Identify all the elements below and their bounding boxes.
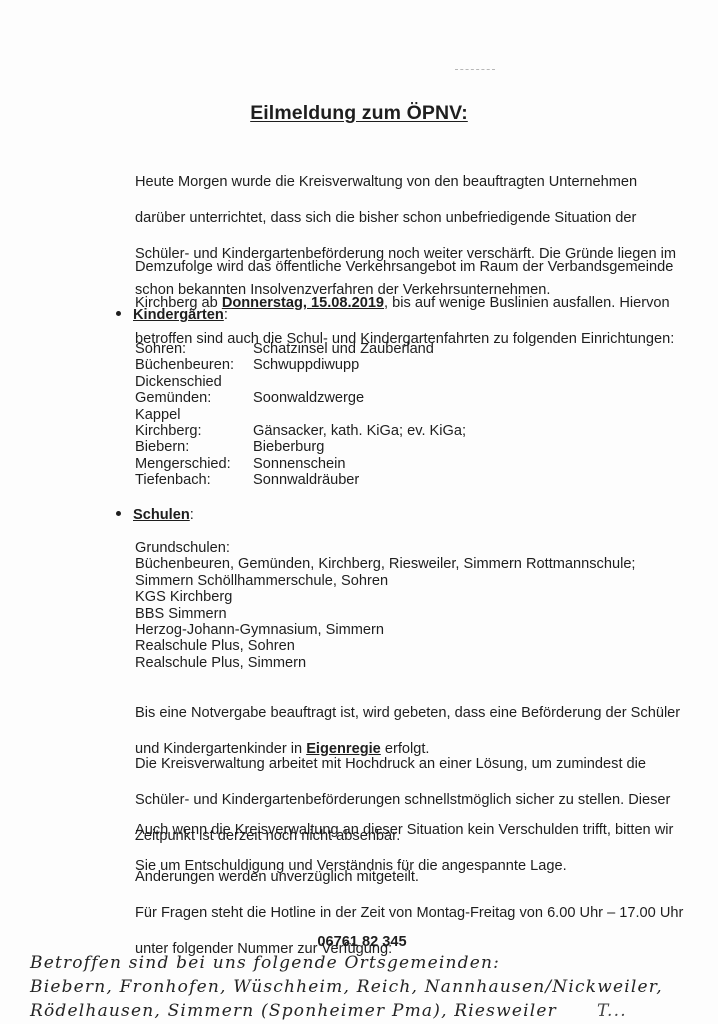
kindergarten-row: Büchenbeuren:Schwuppdiwupp — [135, 357, 466, 373]
handwritten-note: Betroffen sind bei uns folgende Ortsgeme… — [30, 951, 718, 1023]
kindergarten-place: Biebern: — [135, 439, 253, 455]
scanned-document: Eilmeldung zum ÖPNV: Heute Morgen wurde … — [0, 0, 718, 1024]
handwritten-line: Betroffen sind bei uns folgende Ortsgeme… — [30, 951, 718, 975]
school-line: Herzog-Johann-Gymnasium, Simmern — [135, 622, 636, 638]
kindergarten-place: Dickenschied — [135, 374, 253, 390]
start-date: Donnerstag, 15.08.2019 — [222, 295, 384, 311]
kindergarten-row: Biebern:Bieberburg — [135, 439, 466, 455]
kindergarten-name: Gänsacker, kath. KiGa; ev. KiGa; — [253, 423, 466, 439]
eigenregie-line: Bis eine Notvergabe beauftragt ist, wird… — [135, 704, 695, 722]
bullet-icon — [116, 311, 121, 316]
kindergarten-place: Kappel — [135, 407, 253, 423]
intro-line: Heute Morgen wurde die Kreisverwaltung v… — [135, 173, 695, 191]
kindergaerten-heading: Kindergärten: — [116, 306, 228, 324]
kindergarten-place: Tiefenbach: — [135, 472, 253, 488]
kindergarten-row: Dickenschied — [135, 374, 466, 390]
school-line: BBS Simmern — [135, 606, 636, 622]
kindergarten-row: Sohren:Schatzinsel und Zauberland — [135, 341, 466, 357]
handwritten-line: Rödelhausen, Simmern (Sponheimer Pma), R… — [30, 999, 718, 1023]
school-line: Realschule Plus, Sohren — [135, 638, 636, 654]
kindergaerten-label: Kindergärten — [133, 307, 224, 323]
loesung-line: Die Kreisverwaltung arbeitet mit Hochdru… — [135, 755, 695, 773]
kindergarten-row: Kirchberg:Gänsacker, kath. KiGa; ev. KiG… — [135, 423, 466, 439]
schulen-heading: Schulen: — [116, 506, 194, 524]
school-line: Simmern Schöllhammerschule, Sohren — [135, 573, 636, 589]
kindergarten-place: Sohren: — [135, 341, 253, 357]
handwritten-trail: T... — [597, 1001, 627, 1021]
handwritten-line: Biebern, Fronhofen, Wüschheim, Reich, Na… — [30, 975, 718, 999]
consequence-suffix: , bis auf wenige Buslinien ausfallen. Hi… — [384, 295, 670, 311]
document-title: Eilmeldung zum ÖPNV: — [0, 102, 718, 125]
schulen-list: Grundschulen:Büchenbeuren, Gemünden, Kir… — [135, 540, 636, 671]
colon: : — [190, 507, 194, 523]
kindergarten-name: Sonnenschein — [253, 456, 346, 472]
kindergarten-row: Gemünden:Soonwaldzwerge — [135, 390, 466, 406]
kindergaerten-list: Sohren:Schatzinsel und ZauberlandBüchenb… — [135, 341, 466, 489]
handwritten-text: Rödelhausen, Simmern (Sponheimer Pma), R… — [30, 1001, 557, 1021]
hotline-line: Für Fragen steht die Hotline in der Zeit… — [135, 904, 695, 922]
kindergarten-place: Kirchberg: — [135, 423, 253, 439]
kindergarten-place: Gemünden: — [135, 390, 253, 406]
kindergarten-place: Mengerschied: — [135, 456, 253, 472]
kindergarten-row: Kappel — [135, 407, 466, 423]
school-line: KGS Kirchberg — [135, 589, 636, 605]
school-line: Realschule Plus, Simmern — [135, 655, 636, 671]
scan-artifact — [455, 69, 495, 72]
kindergarten-row: Tiefenbach:Sonnwaldräuber — [135, 472, 466, 488]
aenderungen-line: Änderungen werden unverzüglich mitgeteil… — [135, 868, 695, 886]
kindergarten-name: Sonnwaldräuber — [253, 472, 359, 488]
school-line: Grundschulen: — [135, 540, 636, 556]
school-line: Büchenbeuren, Gemünden, Kirchberg, Riesw… — [135, 556, 636, 572]
kindergarten-row: Mengerschied:Sonnenschein — [135, 456, 466, 472]
hotline-number: 06761 82 345 — [0, 933, 718, 951]
kindergarten-name: Soonwaldzwerge — [253, 390, 364, 406]
colon: : — [224, 307, 228, 323]
consequence-line: Demzufolge wird das öffentliche Verkehrs… — [135, 258, 695, 276]
entschuldigung-line: Auch wenn die Kreisverwaltung an dieser … — [135, 821, 695, 839]
intro-line: darüber unterrichtet, dass sich die bish… — [135, 209, 695, 227]
kindergarten-place: Büchenbeuren: — [135, 357, 253, 373]
kindergarten-name: Schwuppdiwupp — [253, 357, 359, 373]
kindergarten-name: Bieberburg — [253, 439, 324, 455]
bullet-icon — [116, 511, 121, 516]
schulen-label: Schulen — [133, 507, 190, 523]
kindergarten-name: Schatzinsel und Zauberland — [253, 341, 434, 357]
